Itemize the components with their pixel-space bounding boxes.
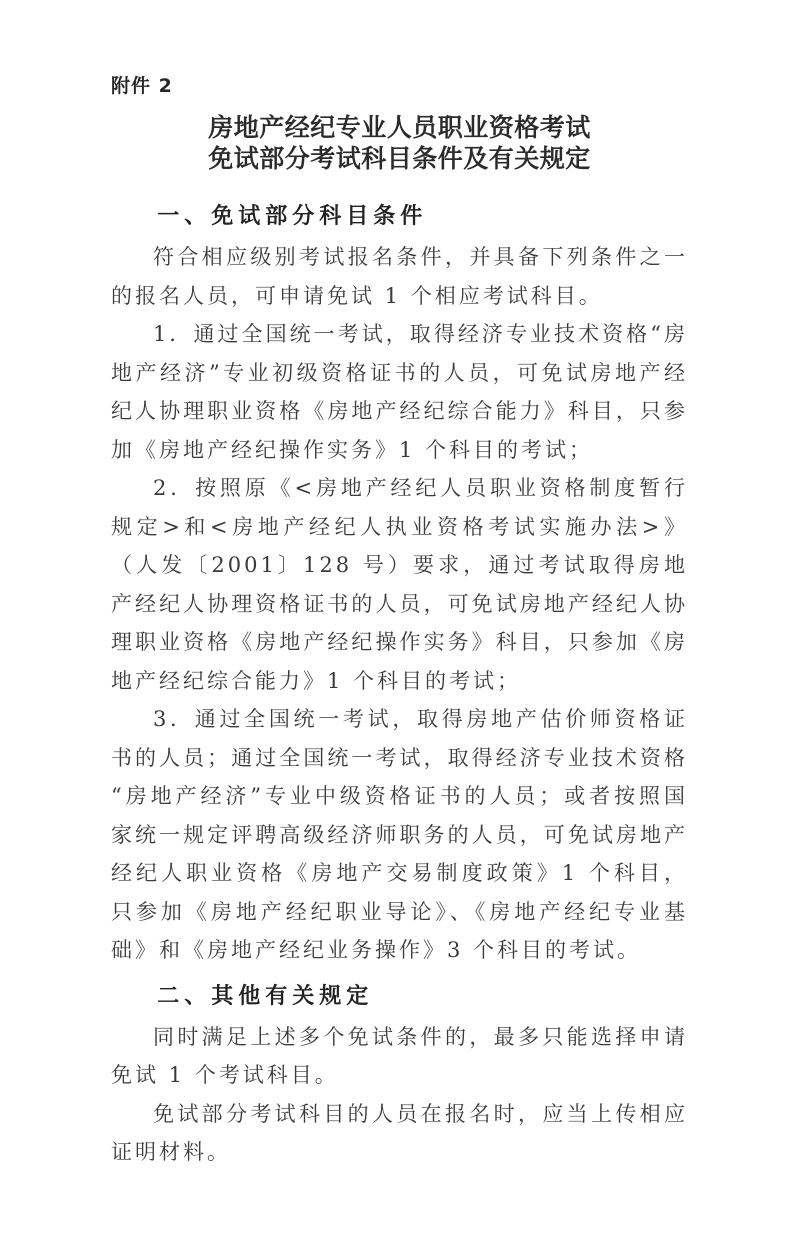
section-1-paragraph-item-2: 2．按照原《<房地产经纪人员职业资格制度暂行规定>和<房地产经纪人执业资格考试实… — [111, 469, 688, 700]
section-other-rules: 二、其他有关规定 同时满足上述多个免试条件的，最多只能选择申请免试 1 个考试科… — [111, 982, 688, 1172]
section-exemption-conditions: 一、免试部分科目条件 符合相应级别考试报名条件，并具备下列条件之一的报名人员，可… — [111, 202, 688, 970]
section-1-heading: 一、免试部分科目条件 — [111, 202, 688, 232]
document-title: 房地产经纪专业人员职业资格考试 免试部分考试科目条件及有关规定 — [111, 112, 688, 174]
document-page: 附件 2 房地产经纪专业人员职业资格考试 免试部分考试科目条件及有关规定 一、免… — [0, 0, 800, 1234]
section-2-paragraph-2: 免试部分考试科目的人员在报名时，应当上传相应证明材料。 — [111, 1095, 688, 1172]
section-1-paragraph-item-1: 1．通过全国统一考试，取得经济专业技术资格“房地产经济”专业初级资格证书的人员，… — [111, 315, 688, 469]
section-1-paragraph-item-3: 3．通过全国统一考试，取得房地产估价师资格证书的人员；通过全国统一考试，取得经济… — [111, 700, 688, 970]
document-title-line-2: 免试部分考试科目条件及有关规定 — [111, 143, 688, 174]
section-2-heading: 二、其他有关规定 — [111, 982, 688, 1012]
attachment-label: 附件 2 — [111, 72, 688, 100]
section-1-paragraph-intro: 符合相应级别考试报名条件，并具备下列条件之一的报名人员，可申请免试 1 个相应考… — [111, 238, 688, 315]
section-2-paragraph-1: 同时满足上述多个免试条件的，最多只能选择申请免试 1 个考试科目。 — [111, 1018, 688, 1095]
document-title-line-1: 房地产经纪专业人员职业资格考试 — [111, 112, 688, 143]
